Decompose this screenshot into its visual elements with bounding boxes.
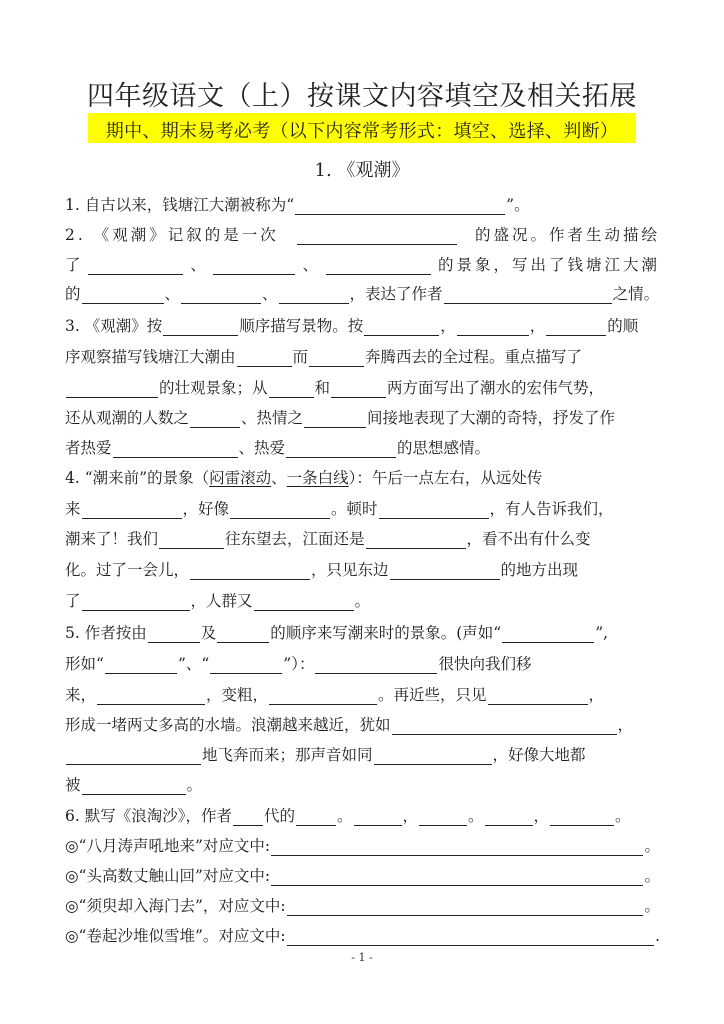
fill-blank[interactable] [217, 627, 269, 643]
q1-line-1: 1. 自古以来，钱塘江大潮被称为“ ”。 [65, 195, 660, 215]
text: ◎“卷起沙堆似雪堆”。对应文中: [65, 926, 286, 946]
text: 顺序描写景物。按 [239, 316, 363, 336]
fill-blank[interactable] [66, 749, 201, 765]
q5-line-6: 被 。 [65, 775, 660, 795]
fill-blank[interactable] [88, 259, 183, 275]
fill-blank[interactable] [159, 533, 224, 549]
fill-blank[interactable] [269, 689, 377, 705]
text: 、热情之 [241, 408, 303, 428]
text: 。 [337, 806, 353, 826]
fill-blank[interactable] [279, 288, 349, 304]
text: ， [440, 316, 456, 336]
text: 的思想感情。 [397, 438, 490, 458]
text: 来 [65, 499, 81, 519]
q6-item-4: ◎“卷起沙堆似雪堆”。对应文中: . [65, 926, 660, 946]
text: 来， [65, 685, 96, 705]
text: ，有人告诉我们， [490, 499, 614, 519]
text: ， [589, 685, 605, 705]
underlined-hint: 一条白线 [287, 468, 349, 488]
fill-blank[interactable] [419, 810, 467, 826]
text: 6. 默写《浪淘沙》，作者 [65, 806, 232, 826]
q4-line-5: 了 ，人群又 。 [65, 591, 660, 611]
text: 。 [187, 775, 203, 795]
fill-blank[interactable] [210, 658, 282, 674]
text: 的顺序来写潮来时的景象。(声如“ [270, 623, 501, 643]
fill-blank[interactable] [254, 595, 354, 611]
fill-blank[interactable] [163, 320, 238, 336]
text: 。 [468, 806, 484, 826]
fill-blank[interactable] [297, 229, 457, 245]
text: ， [618, 715, 634, 735]
text: 。 [355, 591, 371, 611]
text: 的 [65, 284, 81, 304]
fill-blank[interactable] [190, 412, 240, 428]
text: 之情。 [613, 284, 660, 304]
text: 地飞奔而来；那声音如同 [202, 745, 373, 765]
text: 4. “潮来前”的景象（ [65, 468, 209, 488]
fill-blank[interactable] [237, 351, 292, 367]
text: 者热爱 [65, 438, 112, 458]
q5-line-2: 形如“ ”、“ ”）： 很快向我们移 [65, 654, 660, 674]
fill-blank[interactable] [287, 900, 644, 916]
text: 往东望去，江面还是 [225, 529, 365, 549]
text: 的顺 [607, 316, 638, 336]
q5-line-3: 来， ，变粗， 。再近些，只见 ， [65, 685, 660, 705]
page-title: 四年级语文（上）按课文内容填空及相关拓展 [0, 74, 724, 113]
text: 和 [315, 378, 331, 398]
fill-blank[interactable] [485, 810, 533, 826]
text: 。顿时 [331, 499, 378, 519]
fill-blank[interactable] [296, 810, 336, 826]
text: ， [534, 806, 550, 826]
text: 、 [262, 284, 278, 304]
fill-blank[interactable] [366, 533, 466, 549]
text: 了 [65, 591, 81, 611]
text: 1. 自古以来，钱塘江大潮被称为“ [65, 195, 294, 215]
text: 还从观潮的人数之 [65, 408, 189, 428]
text: ， [403, 806, 419, 826]
fill-blank[interactable] [287, 930, 654, 946]
text: ，表达了作者 [350, 284, 443, 304]
text: ◎“须臾却入海门去”，对应文中: [65, 896, 286, 916]
fill-blank[interactable] [502, 627, 594, 643]
text: 的地方出现 [501, 560, 579, 580]
fill-blank[interactable] [315, 658, 437, 674]
fill-blank[interactable] [444, 288, 612, 304]
text: 。 [644, 896, 660, 916]
text: ”。 [506, 195, 529, 215]
fill-blank[interactable] [309, 351, 364, 367]
fill-blank[interactable] [148, 627, 200, 643]
q6-item-3: ◎“须臾却入海门去”，对应文中: 。 [65, 896, 660, 916]
underlined-hint: 闷雷滚动 [209, 468, 271, 488]
fill-blank[interactable] [550, 810, 614, 826]
q2-line-3: 的 、 、 ，表达了作者 之情。 [65, 284, 660, 304]
text: 奔腾西去的全过程。重点描写了 [365, 347, 582, 367]
text: 间接地表现了大潮的奇特，抒发了作 [367, 408, 615, 428]
q2-line-2: 了 、 、 的景象，写出了钱塘江大潮 [65, 255, 660, 275]
text: ，变粗， [206, 685, 268, 705]
fill-blank[interactable] [82, 288, 164, 304]
text: 形如“ [65, 654, 104, 674]
text: ，好像 [183, 499, 230, 519]
text: ”, [595, 623, 608, 643]
fill-blank[interactable] [379, 503, 489, 519]
fill-blank[interactable] [82, 503, 182, 519]
text: 、热爱 [239, 438, 286, 458]
fill-blank[interactable] [364, 320, 439, 336]
q5-line-5: 地飞奔而来；那声音如同 ，好像大地都 [65, 745, 660, 765]
subtitle: 期中、期末易考必考（以下内容常考形式：填空、选择、判断） [88, 117, 636, 143]
text: 、 [190, 255, 206, 275]
fill-blank[interactable] [105, 658, 177, 674]
q5-line-4: 形成一堵两丈多高的水墙。浪潮越来越近，犹如 ， [65, 715, 660, 735]
fill-blank[interactable] [326, 259, 431, 275]
fill-blank[interactable] [82, 595, 190, 611]
q3-line-1: 3. 《观潮》按 顺序描写景物。按 ， ， 的顺 [65, 316, 660, 336]
fill-blank[interactable] [271, 870, 643, 886]
text: 的景象，写出了钱塘江大潮 [438, 255, 660, 275]
text: 、 [165, 284, 181, 304]
fill-blank[interactable] [331, 382, 386, 398]
text: 的壮观景象；从 [159, 378, 268, 398]
fill-blank[interactable] [213, 259, 295, 275]
q4-line-1: 4. “潮来前”的景象（ 闷雷滚动 、 一条白线 ）：午后一点左右，从远处传 [65, 468, 660, 488]
text: 2. 《观潮》记叙的是一次 [65, 225, 279, 245]
text: ，好像大地都 [493, 745, 586, 765]
text: 3. 《观潮》按 [65, 316, 162, 336]
text: 序观察描写钱塘江大潮由 [65, 347, 236, 367]
fill-blank[interactable] [97, 689, 205, 705]
text: 、 [303, 255, 319, 275]
text: 代的 [264, 806, 295, 826]
text: 。 [615, 806, 631, 826]
fill-blank[interactable] [66, 382, 158, 398]
q3-line-3: 的壮观景象；从 和 两方面写出了潮水的宏伟气势， [65, 378, 660, 398]
fill-blank[interactable] [233, 810, 263, 826]
text: ◎“八月涛声吼地来”对应文中: [65, 836, 270, 856]
fill-blank[interactable] [269, 382, 314, 398]
text: ， [530, 316, 546, 336]
fill-blank[interactable] [390, 564, 500, 580]
text: ，看不出有什么变 [467, 529, 591, 549]
q5-line-1: 5. 作者按由 及 的顺序来写潮来时的景象。(声如“ ”, [65, 623, 660, 643]
text: ）：午后一点左右，从远处传 [349, 468, 543, 488]
text: 化。过了一会儿， [65, 560, 189, 580]
fill-blank[interactable] [82, 779, 186, 795]
text: ，人群又 [191, 591, 253, 611]
fill-blank[interactable] [392, 719, 617, 735]
text: ”）： [283, 654, 314, 674]
fill-blank[interactable] [286, 442, 396, 458]
text: 被 [65, 775, 81, 795]
text: 、 [271, 468, 287, 488]
q3-line-5: 者热爱 、热爱 的思想感情。 [65, 438, 660, 458]
fill-blank[interactable] [230, 503, 330, 519]
fill-blank[interactable] [374, 749, 492, 765]
text: 而 [293, 347, 309, 367]
text: 及 [201, 623, 217, 643]
fill-blank[interactable] [181, 288, 261, 304]
text: 的盛况。作者生动描绘 [475, 225, 660, 245]
fill-blank[interactable] [354, 810, 402, 826]
text: 形成一堵两丈多高的水墙。浪潮越来越近，犹如 [65, 715, 391, 735]
fill-blank[interactable] [488, 689, 588, 705]
page-number: - 1 - [0, 951, 724, 964]
text: ◎“头高数丈触山回”对应文中: [65, 866, 270, 886]
section-heading: 1. 《观潮》 [0, 156, 724, 182]
fill-blank[interactable] [304, 412, 366, 428]
text: 。 [644, 836, 660, 856]
q2-line-1: 2. 《观潮》记叙的是一次 的盛况。作者生动描绘 [65, 225, 660, 245]
fill-blank[interactable] [190, 564, 310, 580]
fill-blank[interactable] [295, 199, 505, 215]
fill-blank[interactable] [271, 840, 643, 856]
text: ”、“ [178, 654, 209, 674]
fill-blank[interactable] [546, 320, 606, 336]
text: 了 [65, 255, 81, 275]
q6-line-1: 6. 默写《浪淘沙》，作者 代的 。 ， 。 ， 。 [65, 806, 660, 826]
q6-item-2: ◎“头高数丈触山回”对应文中: 。 [65, 866, 660, 886]
text: 。 [644, 866, 660, 886]
q3-line-2: 序观察描写钱塘江大潮由 而 奔腾西去的全过程。重点描写了 [65, 347, 660, 367]
q4-line-2: 来 ，好像 。顿时 ，有人告诉我们， [65, 499, 660, 519]
fill-blank[interactable] [113, 442, 238, 458]
q4-line-4: 化。过了一会儿， ，只见东边 的地方出现 [65, 560, 660, 580]
q4-line-3: 潮来了！我们 往东望去，江面还是 ，看不出有什么变 [65, 529, 660, 549]
text: 5. 作者按由 [65, 623, 147, 643]
text: 很快向我们移 [438, 654, 531, 674]
q6-item-1: ◎“八月涛声吼地来”对应文中: 。 [65, 836, 660, 856]
text: 。再近些，只见 [378, 685, 487, 705]
q3-line-4: 还从观潮的人数之 、热情之 间接地表现了大潮的奇特，抒发了作 [65, 408, 660, 428]
text: 两方面写出了潮水的宏伟气势， [387, 378, 604, 398]
text: ，只见东边 [311, 560, 389, 580]
text: . [655, 926, 660, 946]
fill-blank[interactable] [457, 320, 529, 336]
text: 潮来了！我们 [65, 529, 158, 549]
